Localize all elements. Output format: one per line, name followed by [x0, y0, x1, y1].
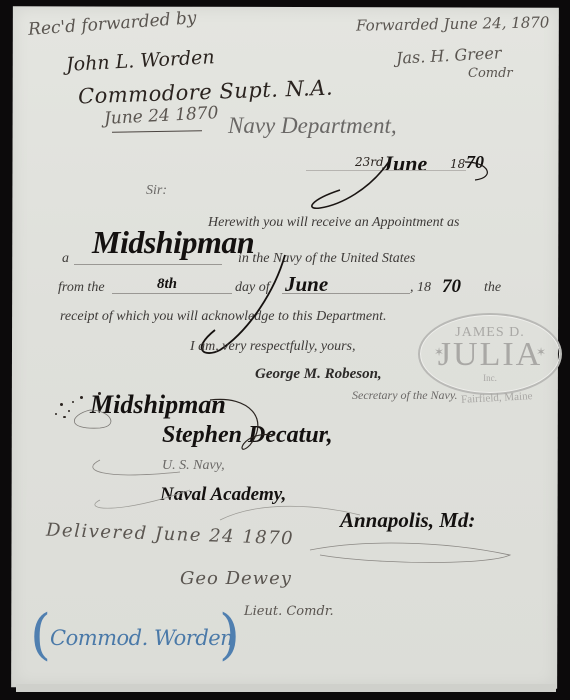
delivery-rank: Lieut. Comdr.: [244, 604, 334, 619]
body-line-3-prefix: from the: [58, 280, 105, 296]
closing: I am, very respectfully, yours,: [190, 339, 356, 355]
body-line-3-suffix: the: [484, 280, 501, 296]
forwarded-rank: Comdr: [468, 66, 513, 81]
star-icon: ✶: [536, 345, 546, 360]
margin-note: ( Commod. Worden ): [30, 612, 240, 674]
from-day: 8th: [157, 276, 177, 293]
date-flourish: [300, 150, 500, 220]
bracket-left: (: [30, 608, 51, 662]
bracket-right: ): [219, 608, 240, 662]
delivery-signature: Geo Dewey: [180, 568, 292, 589]
forwarded-note: Forwarded June 24, 1870: [356, 13, 550, 34]
paper-edge: [16, 684, 556, 692]
body-line-3-year-prefix: , 18: [410, 280, 431, 296]
body-line-2-prefix: a: [62, 251, 69, 267]
watermark-line-3: Inc.: [420, 373, 560, 383]
margin-note-text: Commod. Worden: [50, 626, 233, 650]
letterhead: Navy Department,: [228, 113, 397, 139]
salutation: Sir:: [146, 183, 167, 199]
signatory-name: George M. Robeson,: [255, 366, 382, 383]
ink-spot: [55, 413, 57, 415]
auction-watermark: JAMES D. ✶ JULIA ✶ Inc.: [418, 313, 562, 395]
from-year-suffix: 70: [442, 276, 461, 298]
